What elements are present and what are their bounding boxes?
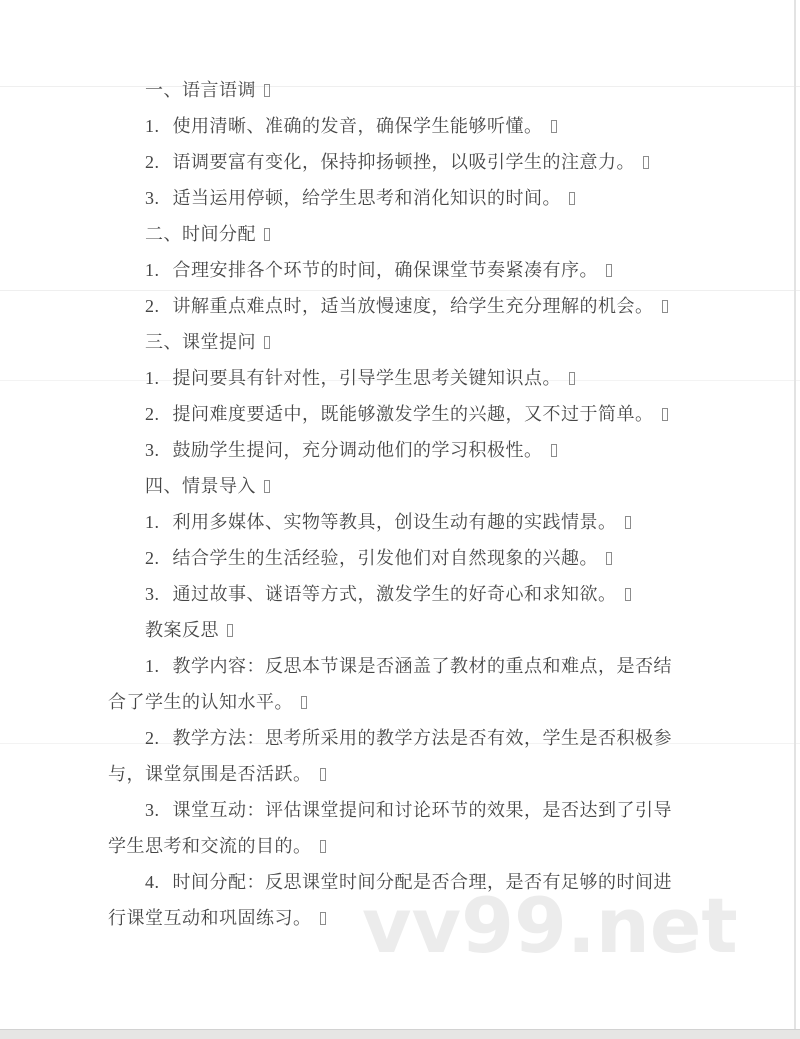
paragraph-mark-icon: [551, 120, 557, 133]
paragraph: 2. 结合学生的生活经验，引发他们对自然现象的兴趣。: [108, 540, 768, 576]
paragraph-mark-icon: [569, 192, 575, 205]
text-line: 2. 提问难度要适中，既能够激发学生的兴趣，又不过于简单。: [108, 396, 768, 432]
paragraph: 1. 利用多媒体、实物等教具，创设生动有趣的实践情景。: [108, 504, 768, 540]
paragraph-mark-icon: [227, 624, 233, 637]
paragraph: 2. 教学方法：思考所采用的教学方法是否有效，学生是否积极参与，课堂氛围是否活跃…: [108, 720, 768, 792]
page-edge-line: [794, 0, 796, 1029]
paragraph: 1. 教学内容：反思本节课是否涵盖了教材的重点和难点，是否结合了学生的认知水平。: [108, 648, 768, 720]
paragraph-mark-icon: [606, 552, 612, 565]
document-content: 一、语言语调1. 使用清晰、准确的发音，确保学生能够听懂。2. 语调要富有变化，…: [108, 72, 768, 936]
paragraph-mark-icon: [264, 84, 270, 97]
text-line: 1. 教学内容：反思本节课是否涵盖了教材的重点和难点，是否结: [108, 648, 768, 684]
paragraph-mark-icon: [264, 480, 270, 493]
paragraph-mark-icon: [320, 912, 326, 925]
text-line: 四、情景导入: [108, 468, 768, 504]
text-line: 2. 结合学生的生活经验，引发他们对自然现象的兴趣。: [108, 540, 768, 576]
paragraph: 2. 讲解重点难点时，适当放慢速度，给学生充分理解的机会。: [108, 288, 768, 324]
text-line: 学生思考和交流的目的。: [108, 828, 768, 864]
paragraph: 2. 提问难度要适中，既能够激发学生的兴趣，又不过于简单。: [108, 396, 768, 432]
paragraph: 1. 提问要具有针对性，引导学生思考关键知识点。: [108, 360, 768, 396]
paragraph-mark-icon: [301, 696, 307, 709]
text-line: 3. 课堂互动：评估课堂提问和讨论环节的效果，是否达到了引导: [108, 792, 768, 828]
paragraph: 1. 使用清晰、准确的发音，确保学生能够听懂。: [108, 108, 768, 144]
paragraph-mark-icon: [625, 516, 631, 529]
section-heading: 四、情景导入: [108, 468, 768, 504]
text-line: 1. 合理安排各个环节的时间，确保课堂节奏紧凑有序。: [108, 252, 768, 288]
section-heading: 一、语言语调: [108, 72, 768, 108]
paragraph-mark-icon: [264, 336, 270, 349]
text-line: 1. 利用多媒体、实物等教具，创设生动有趣的实践情景。: [108, 504, 768, 540]
text-line: 合了学生的认知水平。: [108, 684, 768, 720]
text-line: 三、课堂提问: [108, 324, 768, 360]
paragraph: 3. 通过故事、谜语等方式，激发学生的好奇心和求知欲。: [108, 576, 768, 612]
text-line: 3. 通过故事、谜语等方式，激发学生的好奇心和求知欲。: [108, 576, 768, 612]
text-line: 2. 教学方法：思考所采用的教学方法是否有效，学生是否积极参: [108, 720, 768, 756]
text-line: 1. 使用清晰、准确的发音，确保学生能够听懂。: [108, 108, 768, 144]
paragraph-mark-icon: [662, 408, 668, 421]
paragraph-mark-icon: [606, 264, 612, 277]
paragraph: 1. 合理安排各个环节的时间，确保课堂节奏紧凑有序。: [108, 252, 768, 288]
text-line: 一、语言语调: [108, 72, 768, 108]
text-line: 3. 鼓励学生提问，充分调动他们的学习积极性。: [108, 432, 768, 468]
paragraph: 3. 鼓励学生提问，充分调动他们的学习积极性。: [108, 432, 768, 468]
paragraph: 3. 课堂互动：评估课堂提问和讨论环节的效果，是否达到了引导学生思考和交流的目的…: [108, 792, 768, 864]
scanned-document-page: 一、语言语调1. 使用清晰、准确的发音，确保学生能够听懂。2. 语调要富有变化，…: [0, 0, 800, 1039]
paragraph: 3. 适当运用停顿，给学生思考和消化知识的时间。: [108, 180, 768, 216]
text-line: 教案反思: [108, 612, 768, 648]
text-line: 1. 提问要具有针对性，引导学生思考关键知识点。: [108, 360, 768, 396]
text-line: 与，课堂氛围是否活跃。: [108, 756, 768, 792]
paragraph-mark-icon: [551, 444, 557, 457]
paragraph-mark-icon: [320, 840, 326, 853]
text-line: 2. 讲解重点难点时，适当放慢速度，给学生充分理解的机会。: [108, 288, 768, 324]
paragraph-mark-icon: [264, 228, 270, 241]
section-heading: 教案反思: [108, 612, 768, 648]
text-line: 3. 适当运用停顿，给学生思考和消化知识的时间。: [108, 180, 768, 216]
paragraph-mark-icon: [625, 588, 631, 601]
paragraph: 2. 语调要富有变化，保持抑扬顿挫，以吸引学生的注意力。: [108, 144, 768, 180]
section-heading: 二、时间分配: [108, 216, 768, 252]
bottom-scan-bar: [0, 1029, 800, 1039]
section-heading: 三、课堂提问: [108, 324, 768, 360]
text-line: 2. 语调要富有变化，保持抑扬顿挫，以吸引学生的注意力。: [108, 144, 768, 180]
watermark: vv99.net: [362, 888, 738, 964]
paragraph-mark-icon: [320, 768, 326, 781]
text-line: 二、时间分配: [108, 216, 768, 252]
paragraph-mark-icon: [569, 372, 575, 385]
paragraph-mark-icon: [662, 300, 668, 313]
paragraph-mark-icon: [643, 156, 649, 169]
